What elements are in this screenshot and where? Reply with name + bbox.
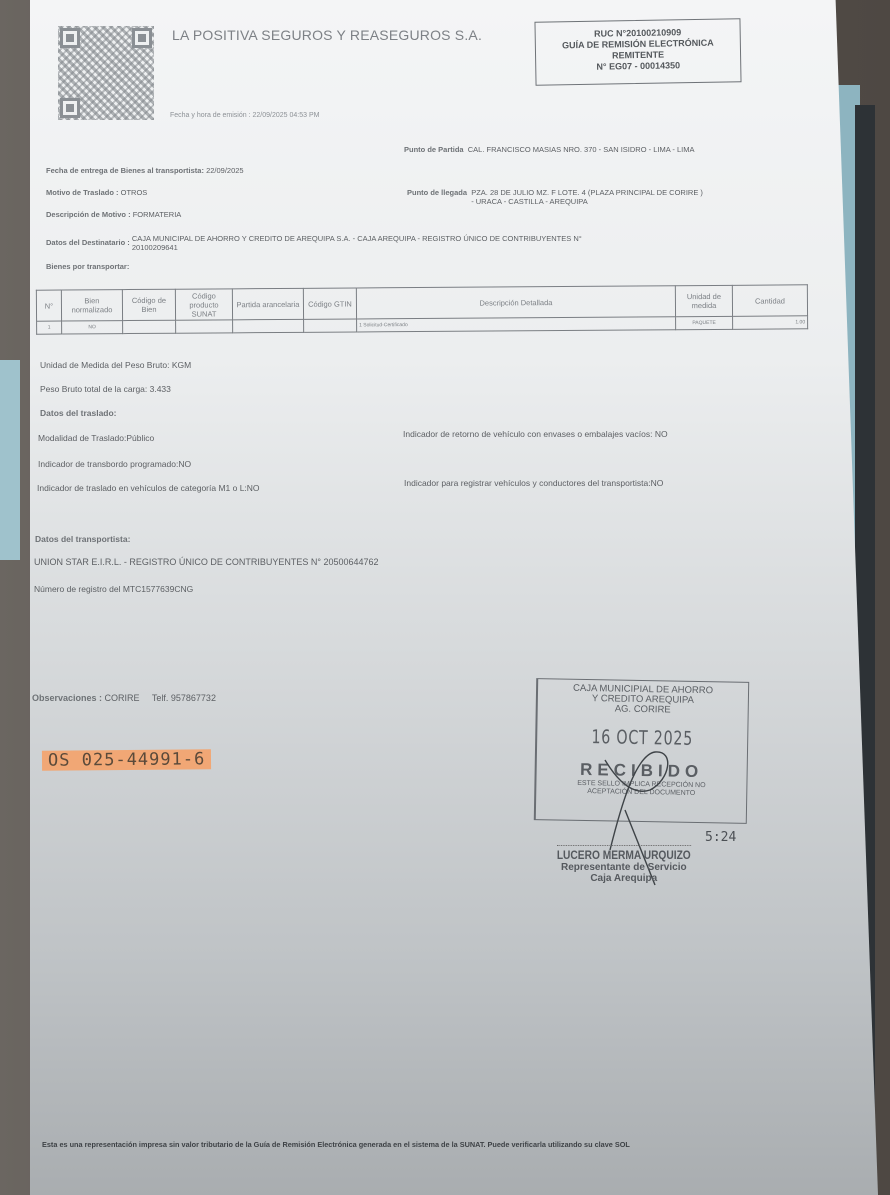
col-unidad: Unidad de medida: [675, 285, 732, 316]
ruc-box: RUC N°20100210909 GUÍA DE REMISIÓN ELECT…: [534, 18, 741, 86]
signer-name: LUCERO MERMA URQUIZO: [557, 845, 691, 862]
company-name: LA POSITIVA SEGUROS Y REASEGUROS S.A.: [172, 27, 482, 43]
col-bien-normalizado: Bien normalizado: [61, 290, 122, 321]
reception-time: 5:24: [705, 830, 736, 845]
transportista-name: UNION STAR E.I.R.L. - REGISTRO ÚNICO DE …: [34, 557, 379, 567]
signer-block: LUCERO MERMA URQUIZO Representante de Se…: [545, 845, 703, 884]
emission-datetime: Fecha y hora de emisión : 22/09/2025 04:…: [170, 112, 319, 119]
observaciones: Observaciones : CORIRE Telf. 957867732: [32, 693, 216, 703]
background-blue-edge: [0, 360, 20, 560]
descripcion-motivo: Descripción de Motivo : FORMATERIA: [46, 210, 181, 219]
punto-partida: Punto de Partida CAL. FRANCISCO MASIAS N…: [404, 145, 694, 154]
bienes-por-transportar: Bienes por transportar:: [46, 262, 129, 271]
col-codigo-sunat: Código producto SUNAT: [175, 289, 232, 320]
signer-org: Caja Arequipa: [545, 873, 703, 884]
destinatario: Datos del Destinatario : CAJA MUNICIPAL …: [46, 234, 582, 252]
col-partida: Partida arancelaria: [232, 288, 303, 319]
punto-llegada: Punto de llegada PZA. 28 DE JULIO MZ. F …: [407, 188, 703, 206]
col-codigo-bien: Código de Bien: [122, 289, 175, 320]
indicador-categoria: Indicador de traslado en vehículos de ca…: [37, 483, 260, 493]
qr-code-icon: [58, 26, 154, 120]
unidad-peso: Unidad de Medida del Peso Bruto: KGM: [40, 360, 191, 370]
modalidad-traslado: Modalidad de Traslado:Público: [38, 433, 154, 443]
mtc-registro: Número de registro del MTC1577639CNG: [34, 584, 193, 594]
indicador-transbordo: Indicador de transbordo programado:NO: [38, 459, 191, 469]
document-number: N° EG07 - 00014350: [536, 59, 740, 74]
indicador-registrar: Indicador para registrar vehículos y con…: [404, 478, 663, 488]
datos-traslado-title: Datos del traslado:: [40, 408, 117, 418]
handwritten-reference-number: OS 025-44991-6: [42, 749, 211, 770]
signer-role: Representante de Servicio: [545, 862, 703, 873]
fecha-entrega: Fecha de entrega de Bienes al transporti…: [46, 166, 244, 175]
peso-bruto: Peso Bruto total de la carga: 3.433: [40, 384, 171, 394]
col-cantidad: Cantidad: [732, 285, 807, 317]
footer-disclaimer: Esta es una representación impresa sin v…: [42, 1140, 630, 1149]
goods-table: N° Bien normalizado Código de Bien Códig…: [36, 284, 808, 334]
col-gtin: Código GTIN: [303, 288, 356, 319]
col-number: N°: [36, 290, 61, 321]
motivo-traslado: Motivo de Traslado : OTROS: [46, 188, 147, 197]
indicador-retorno: Indicador de retorno de vehículo con env…: [403, 429, 668, 439]
col-descripcion: Descripción Detallada: [356, 286, 675, 319]
remission-guide-document: LA POSITIVA SEGUROS Y REASEGUROS S.A. RU…: [30, 0, 878, 1195]
datos-transportista-title: Datos del transportista:: [35, 534, 130, 544]
